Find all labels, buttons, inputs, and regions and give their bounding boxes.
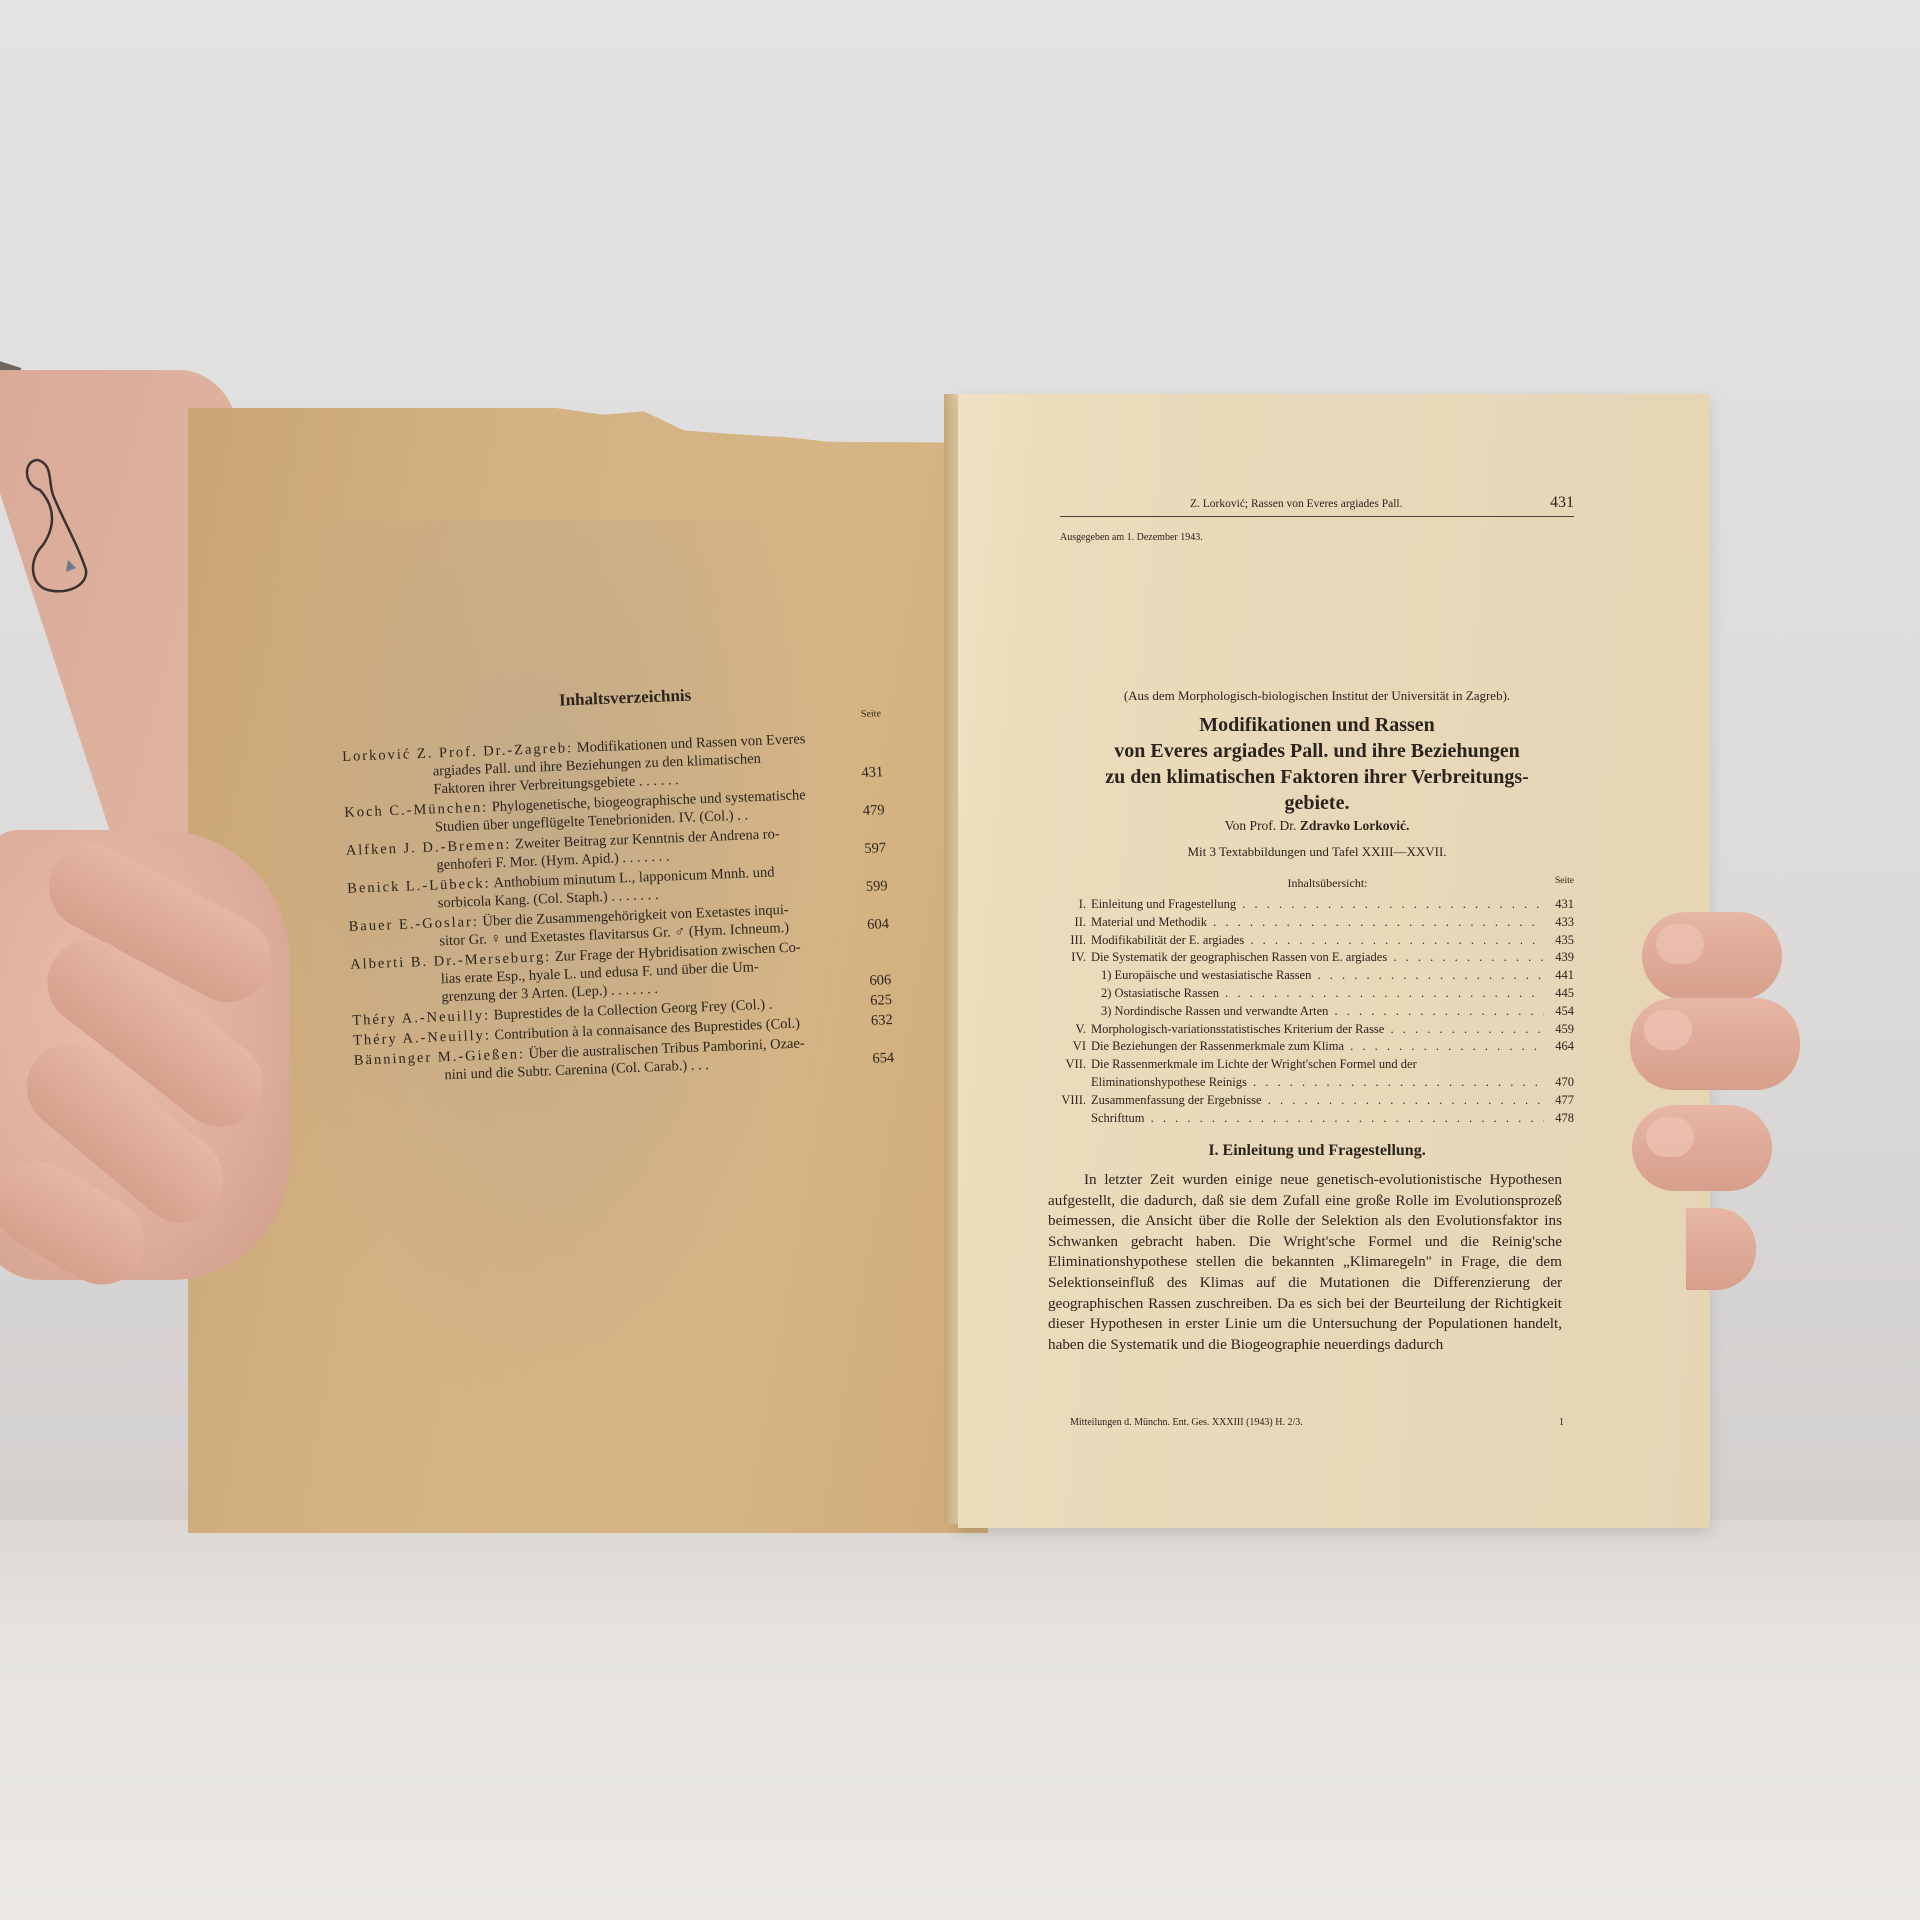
overview-header: Inhaltsübersicht: Seite — [1060, 876, 1574, 891]
title-line: Modifikationen und Rassen — [1052, 712, 1582, 738]
running-head-text: Z. Lorković; Rassen von Everes argiades … — [1190, 498, 1403, 510]
overview-entry: 3) Nordindische Rassen und verwandte Art… — [1060, 1003, 1574, 1021]
toc-page: 479 — [844, 801, 885, 821]
overview-entry: VIDie Beziehungen der Rassenmerkmale zum… — [1060, 1038, 1574, 1056]
byline: Von Prof. Dr. Zdravko Lorković. — [1060, 818, 1574, 834]
overview-page-label: Seite — [1555, 876, 1574, 891]
title-line: von Everes argiades Pall. und ihre Bezie… — [1052, 738, 1582, 764]
overview-entry: V.Morphologisch-variationsstatistisches … — [1060, 1021, 1574, 1039]
overview-entry: Eliminationshypothese Reinigs470 — [1060, 1074, 1574, 1092]
overview-number: VII. — [1060, 1056, 1091, 1074]
overview-label: 1) Europäische und westasiatische Rassen — [1091, 967, 1544, 985]
overview-entry: 1) Europäische und westasiatische Rassen… — [1060, 967, 1574, 985]
overview-entry: III.Modifikabilität der E. argiades435 — [1060, 932, 1574, 950]
overview-label: Die Beziehungen der Rassenmerkmale zum K… — [1091, 1038, 1544, 1056]
overview-label: Material und Methodik — [1091, 914, 1544, 932]
sheet-number: 1 — [1559, 1417, 1564, 1428]
overview-number: I. — [1060, 896, 1091, 914]
overview-number: VI — [1060, 1038, 1091, 1056]
overview-entry: Schrifttum478 — [1060, 1110, 1574, 1128]
page-number: 431 — [1550, 494, 1574, 512]
overview-number: VIII. — [1060, 1092, 1091, 1110]
overview-page: 477 — [1544, 1092, 1574, 1110]
overview-entry: II.Material und Methodik433 — [1060, 914, 1574, 932]
overview-label: 3) Nordindische Rassen und verwandte Art… — [1091, 1003, 1544, 1021]
right-finger — [1632, 1105, 1772, 1191]
right-finger — [1630, 998, 1800, 1090]
byline-prefix: Von Prof. Dr. — [1225, 818, 1297, 833]
overview-page: 478 — [1544, 1110, 1574, 1128]
contents-overview: I.Einleitung und Fragestellung431II.Mate… — [1060, 896, 1574, 1127]
overview-page: 435 — [1544, 932, 1574, 950]
toc-page: 625 — [852, 991, 893, 1011]
overview-label: Eliminationshypothese Reinigs — [1091, 1074, 1544, 1092]
toc-page: 604 — [849, 915, 890, 935]
section-heading: I. Einleitung und Fragestellung. — [1060, 1142, 1574, 1160]
toc-page: 431 — [843, 763, 884, 783]
fingernail — [1656, 924, 1704, 964]
overview-page: 441 — [1544, 967, 1574, 985]
overview-label: Modifikabilität der E. argiades — [1091, 932, 1544, 950]
body-text: In letzter Zeit wurden einige neue genet… — [1048, 1171, 1562, 1353]
toc-page: 599 — [847, 877, 888, 897]
plates-note: Mit 3 Textabbildungen und Tafel XXIII—XX… — [1060, 844, 1574, 860]
overview-label: Die Rassenmerkmale im Lichte der Wright'… — [1091, 1056, 1544, 1074]
toc-entries: Lorković Z. Prof. Dr.-Zagreb: Modifikati… — [342, 727, 895, 1087]
overview-page: 431 — [1544, 896, 1574, 914]
overview-entry: VII.Die Rassenmerkmale im Lichte der Wri… — [1060, 1056, 1574, 1074]
overview-label: Schrifttum — [1091, 1110, 1544, 1128]
overview-title: Inhaltsübersicht: — [1060, 876, 1555, 891]
overview-page: 470 — [1544, 1074, 1574, 1092]
right-finger — [1642, 912, 1782, 1000]
issue-date: Ausgegeben am 1. Dezember 1943. — [1060, 532, 1203, 543]
author-name: Zdravko Lorković. — [1300, 818, 1410, 833]
toc-author: Théry A.-Neuilly: — [352, 1007, 490, 1028]
running-head: Z. Lorković; Rassen von Everes argiades … — [1060, 494, 1574, 517]
overview-label: Zusammenfassung der Ergebnisse — [1091, 1092, 1544, 1110]
overview-number: II. — [1060, 914, 1091, 932]
overview-page: 445 — [1544, 985, 1574, 1003]
overview-entry: I.Einleitung und Fragestellung431 — [1060, 896, 1574, 914]
fingernail — [1646, 1117, 1694, 1157]
fingernail — [1644, 1010, 1692, 1050]
overview-page: 459 — [1544, 1021, 1574, 1039]
overview-number: IV. — [1060, 949, 1091, 967]
article-title: Modifikationen und Rassen von Everes arg… — [1052, 712, 1582, 816]
toc-page: 654 — [854, 1049, 895, 1069]
table-of-contents: Inhaltsverzeichnis Seite Lorković Z. Pro… — [340, 679, 895, 1089]
institute-line: (Aus dem Morphologisch-biologischen Inst… — [1060, 688, 1574, 704]
table-surface — [0, 1520, 1920, 1920]
toc-author: Théry A.-Neuilly: — [353, 1027, 491, 1048]
page-footer: Mitteilungen d. Münchn. Ent. Ges. XXXIII… — [1070, 1417, 1564, 1428]
title-line: zu den klimatischen Faktoren ihrer Verbr… — [1052, 764, 1582, 790]
journal-citation: Mitteilungen d. Münchn. Ent. Ges. XXXIII… — [1070, 1417, 1303, 1428]
toc-page: 632 — [852, 1011, 893, 1031]
overview-page: 433 — [1544, 914, 1574, 932]
overview-label: Die Systematik der geographischen Rassen… — [1091, 949, 1544, 967]
overview-number: V. — [1060, 1021, 1091, 1039]
overview-entry: IV.Die Systematik der geographischen Ras… — [1060, 949, 1574, 967]
overview-page: 464 — [1544, 1038, 1574, 1056]
tattoo-icon — [18, 450, 88, 600]
overview-number: III. — [1060, 932, 1091, 950]
overview-entry: VIII.Zusammenfassung der Ergebnisse477 — [1060, 1092, 1574, 1110]
overview-page: 439 — [1544, 949, 1574, 967]
overview-label: 2) Ostasiatische Rassen — [1091, 985, 1544, 1003]
body-paragraph: In letzter Zeit wurden einige neue genet… — [1048, 1170, 1562, 1355]
overview-label: Morphologisch-variationsstatistisches Kr… — [1091, 1021, 1544, 1039]
overview-entry: 2) Ostasiatische Rassen445 — [1060, 985, 1574, 1003]
toc-page: 597 — [846, 839, 887, 859]
title-line: gebiete. — [1052, 790, 1582, 816]
overview-page: 454 — [1544, 1003, 1574, 1021]
toc-page: 606 — [851, 971, 892, 991]
overview-label: Einleitung und Fragestellung — [1091, 896, 1544, 914]
